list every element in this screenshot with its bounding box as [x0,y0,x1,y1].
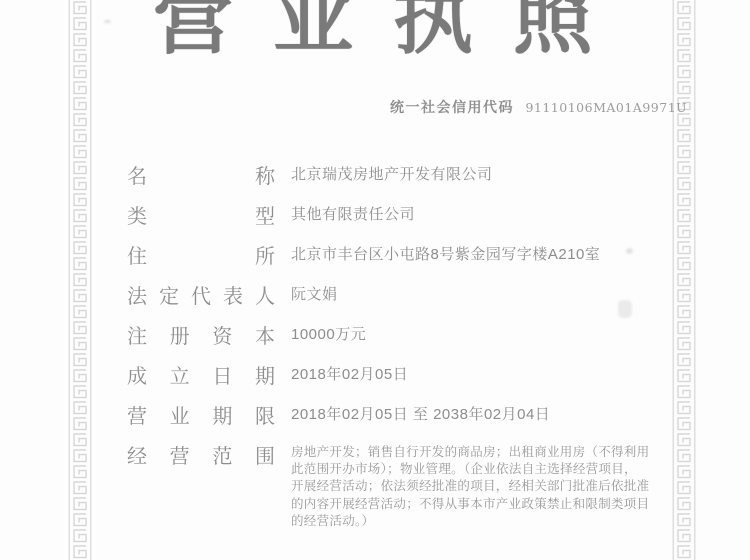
field-value: 房地产开发；销售自行开发的商品房；出租商业用房（不得利用此范围开办市场）；物业管… [291,440,687,530]
field-row: 成立日期2018年02月05日 [127,360,687,400]
label-char: 住 [127,240,147,269]
field-label: 经营范围 [127,440,275,469]
field-row: 类型其他有限责任公司 [127,200,687,240]
field-label: 营业期限 [127,400,275,429]
field-value: 2018年02月05日 至 2038年02月04日 [291,400,550,424]
label-char: 经 [127,440,147,469]
field-label: 名称 [127,160,275,189]
license-title: 营业执照 [153,0,613,59]
scope-line: 的内容开展经营活动；不得从事本市产业政策禁止和限制类项目 [291,496,687,513]
label-char: 代 [191,280,211,309]
scan-smudge [104,20,111,23]
label-char: 名 [127,160,147,189]
scope-line: 房地产开发；销售自行开发的商品房；出租商业用房（不得利用 [291,444,687,461]
scope-line: 的经营活动。） [291,513,687,530]
label-char: 营 [170,440,190,469]
field-row: 名称北京瑞茂房地产开发有限公司 [127,160,687,200]
field-row: 注册资本10000万元 [127,320,687,360]
label-char: 范 [212,440,232,469]
label-char: 类 [127,200,147,229]
field-row: 营业期限2018年02月05日 至 2038年02月04日 [127,400,687,440]
label-char: 册 [170,320,190,349]
field-value: 北京瑞茂房地产开发有限公司 [291,160,493,184]
scope-line: 开展经营活动；依法须经批准的项目，经相关部门批准后依批准 [291,478,687,495]
field-row: 住所北京市丰台区小屯路8号紫金园写字楼A210室 [127,240,687,280]
label-char: 人 [255,280,275,309]
label-char: 称 [255,160,275,189]
license-fields: 名称北京瑞茂房地产开发有限公司类型其他有限责任公司住所北京市丰台区小屯路8号紫金… [127,160,687,530]
scan-smudge [626,248,633,254]
meander-border-left-icon [68,0,92,560]
field-label: 成立日期 [127,360,275,389]
field-value: 北京市丰台区小屯路8号紫金园写字楼A210室 [291,240,600,264]
label-char: 法 [127,280,147,309]
field-label: 类型 [127,200,275,229]
label-char: 围 [255,440,275,469]
credit-code-line: 统一社会信用代码 91110106MA01A9971U [390,97,687,117]
label-char: 注 [127,320,147,349]
label-char: 本 [255,320,275,349]
label-char: 业 [170,400,190,429]
field-value: 阮文娟 [291,280,338,304]
label-char: 表 [223,280,243,309]
label-char: 定 [159,280,179,309]
label-char: 资 [212,320,232,349]
field-label: 注册资本 [127,320,275,349]
label-char: 成 [127,360,147,389]
field-label: 住所 [127,240,275,269]
label-char: 期 [255,360,275,389]
field-value: 2018年02月05日 [291,360,408,384]
field-row: 经营范围房地产开发；销售自行开发的商品房；出租商业用房（不得利用此范围开办市场）… [127,440,687,530]
label-char: 营 [127,400,147,429]
label-char: 型 [255,200,275,229]
field-label: 法定代表人 [127,280,275,309]
credit-code-label: 统一社会信用代码 [390,99,514,115]
label-char: 所 [255,240,275,269]
field-row: 法定代表人阮文娟 [127,280,687,320]
field-value: 10000万元 [291,320,366,344]
label-char: 立 [170,360,190,389]
business-license-scan: 营业执照 统一社会信用代码 91110106MA01A9971U 名称北京瑞茂房… [0,0,750,560]
credit-code-value: 91110106MA01A9971U [525,100,687,115]
label-char: 限 [255,400,275,429]
scope-line: 此范围开办市场）；物业管理。（企业依法自主选择经营项目， [291,461,687,478]
scan-smudge [618,300,632,318]
field-value: 其他有限责任公司 [291,200,415,224]
label-char: 日 [212,360,232,389]
label-char: 期 [212,400,232,429]
